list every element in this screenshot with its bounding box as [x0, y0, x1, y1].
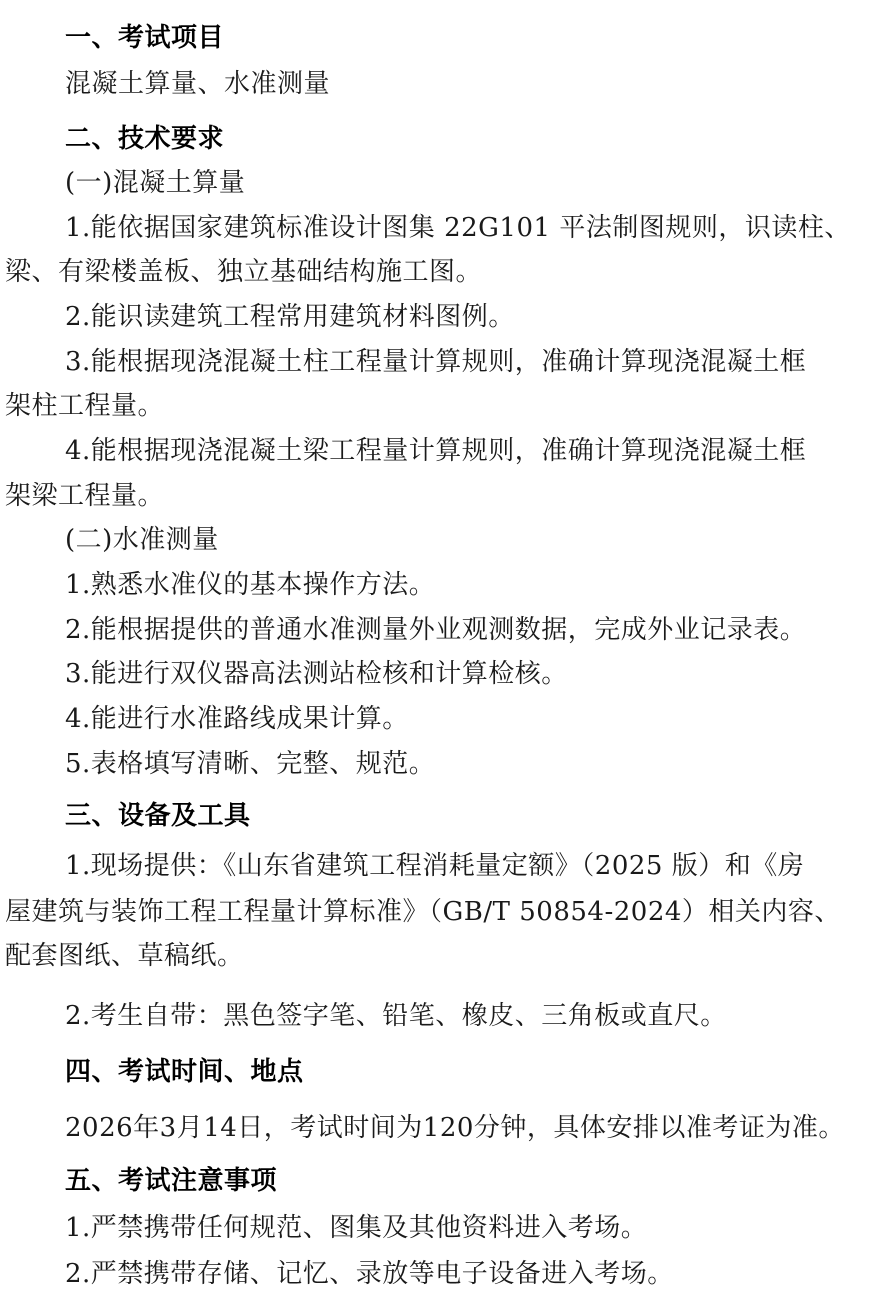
- precaution-item-1: 1.严禁携带任何规范、图集及其他资料进入考场。: [65, 1212, 879, 1244]
- precaution-item-2: 2.严禁携带存储、记忆、录放等电子设备进入考场。: [65, 1258, 879, 1290]
- equipment-item-1: 1.现场提供：《山东省建筑工程消耗量定额》（2025 版）和《房: [65, 850, 879, 882]
- concrete-item-3: 3.能根据现浇混凝土柱工程量计算规则，准确计算现浇混凝土框: [65, 346, 879, 378]
- leveling-item-1: 1.熟悉水准仪的基本操作方法。: [65, 569, 879, 601]
- concrete-item-4: 4.能根据现浇混凝土梁工程量计算规则，准确计算现浇混凝土框: [65, 435, 879, 467]
- equipment-item-1-cont-2: 配套图纸、草稿纸。: [5, 940, 879, 972]
- equipment-item-2: 2.考生自带：黑色签字笔、铅笔、橡皮、三角板或直尺。: [65, 1000, 879, 1032]
- section-heading-exam-items: 一、考试项目: [65, 22, 879, 54]
- concrete-item-3-cont: 架柱工程量。: [5, 390, 879, 422]
- leveling-item-2: 2.能根据提供的普通水准测量外业观测数据，完成外业记录表。: [65, 614, 879, 646]
- concrete-item-1: 1.能依据国家建筑标准设计图集 22G101 平法制图规则，识读柱、: [65, 212, 879, 244]
- time-location-text: 2026年3月14日，考试时间为120分钟，具体安排以准考证为准。: [65, 1112, 879, 1144]
- section-heading-equipment: 三、设备及工具: [65, 800, 879, 832]
- leveling-item-4: 4.能进行水准路线成果计算。: [65, 703, 879, 735]
- concrete-item-2: 2.能识读建筑工程常用建筑材料图例。: [65, 301, 879, 333]
- leveling-item-5: 5.表格填写清晰、完整、规范。: [65, 748, 879, 780]
- subsection-title-concrete: (一)混凝土算量: [65, 167, 879, 199]
- leveling-item-3: 3.能进行双仪器高法测站检核和计算检核。: [65, 658, 879, 690]
- subsection-title-leveling: (二)水准测量: [65, 524, 879, 556]
- section-heading-precautions: 五、考试注意事项: [65, 1165, 879, 1197]
- exam-items-text: 混凝土算量、水准测量: [65, 68, 879, 100]
- section-heading-time-location: 四、考试时间、地点: [65, 1056, 879, 1088]
- concrete-item-4-cont: 架梁工程量。: [5, 480, 879, 512]
- section-heading-technical-requirements: 二、技术要求: [65, 123, 879, 155]
- equipment-item-1-cont-1: 屋建筑与装饰工程工程量计算标准》（GB/T 50854-2024）相关内容、: [5, 896, 879, 928]
- concrete-item-1-cont: 梁、有梁楼盖板、独立基础结构施工图。: [5, 256, 879, 288]
